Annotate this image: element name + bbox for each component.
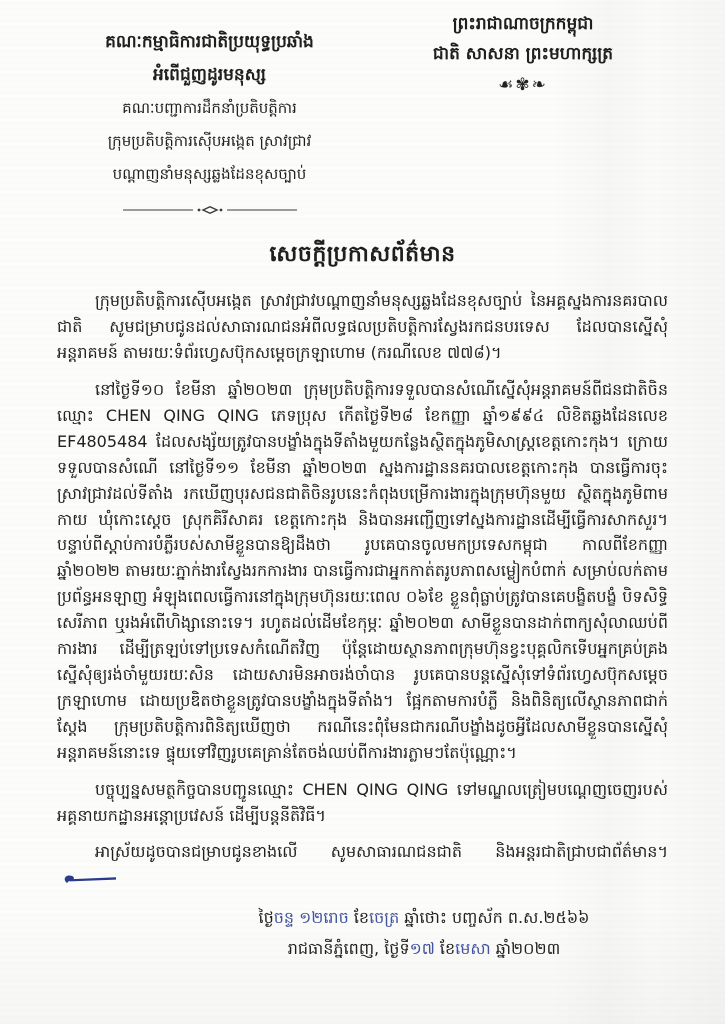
issuing-authority-block: គណៈកម្មាធិការជាតិប្រយុទ្ធប្រឆាំង អំពើជួញ… bbox=[57, 26, 362, 220]
closing-text: អាស្រ័យដូចបានជម្រាបជូនខាងលើ សូមសាធារណជនជ… bbox=[95, 842, 668, 861]
kingdom-motto-block: ព្រះរាជាណាចក្រកម្ពុជា ជាតិ សាសនា ព្រះមហា… bbox=[378, 10, 668, 97]
handwritten-date-text: ចន្ទ ១២រោច bbox=[274, 908, 349, 927]
printed-date-text: ខែ bbox=[435, 939, 455, 958]
printed-date-text: ឆ្នាំថោះ បញ្ចស័ក ព.ស.២៥៦៦ bbox=[399, 908, 589, 927]
paragraph-closing: អាស្រ័យដូចបានជម្រាបជូនខាងលើ សូមសាធារណជនជ… bbox=[57, 839, 668, 891]
handwritten-date-text: មេសា bbox=[455, 939, 491, 958]
letterhead: គណៈកម្មាធិការជាតិប្រយុទ្ធប្រឆាំង អំពើជួញ… bbox=[57, 10, 668, 220]
paragraph-current-status: បច្ចុប្បន្នសមត្ថកិច្ចបានបញ្ជូនឈ្មោះ CHEN… bbox=[57, 777, 668, 829]
gregorian-date-line: រាជធានីភ្នំពេញ, ថ្ងៃទី១៧ ខែមេសា ឆ្នាំ២០២… bbox=[204, 933, 644, 964]
operations-team-line1: ក្រុមប្រតិបត្តិការស៊ើបអង្កេត ស្រាវជ្រាវ bbox=[57, 125, 362, 158]
document-title: សេចក្ដីប្រកាសព័ត៌មាន bbox=[57, 240, 668, 272]
command-unit-line: គណៈបញ្ជាការដឹកនាំប្រតិបត្តិការ bbox=[57, 92, 362, 125]
handwritten-date-text: ១៧ bbox=[410, 939, 435, 958]
header-divider-ornament bbox=[57, 201, 362, 220]
lunar-date-line: ថ្ងៃចន្ទ ១២រោច ខែចេត្រ ឆ្នាំថោះ បញ្ចស័ក … bbox=[204, 902, 644, 933]
motto-line: ជាតិ សាសនា ព្រះមហាក្សត្រ bbox=[378, 40, 668, 70]
document-body: ក្រុមប្រតិបត្តិការស៊ើបអង្កេត ស្រាវជ្រាវប… bbox=[57, 288, 668, 891]
printed-date-text: រាជធានីភ្នំពេញ, ថ្ងៃទី bbox=[288, 939, 410, 958]
printed-date-text: ខែ bbox=[349, 908, 369, 927]
document-page: គណៈកម្មាធិការជាតិប្រយុទ្ធប្រឆាំង អំពើជួញ… bbox=[0, 0, 725, 1024]
printed-date-text: ឆ្នាំ២០២៣ bbox=[491, 939, 561, 958]
printed-date-text: ថ្ងៃ bbox=[258, 908, 273, 927]
dateline-block: ថ្ងៃចន្ទ ១២រោច ខែចេត្រ ឆ្នាំថោះ បញ្ចស័ក … bbox=[204, 902, 644, 964]
paragraph-intro: ក្រុមប្រតិបត្តិការស៊ើបអង្កេត ស្រាវជ្រាវប… bbox=[57, 288, 668, 366]
committee-name-line1: គណៈកម្មាធិការជាតិប្រយុទ្ធប្រឆាំង bbox=[57, 26, 362, 59]
handwritten-date-text: ចេត្រ bbox=[369, 908, 399, 927]
royal-ornament-icon: ☙✾❧ bbox=[378, 74, 668, 98]
committee-name-line2: អំពើជួញដូរមនុស្ស bbox=[57, 59, 362, 92]
pen-mark-icon bbox=[61, 872, 119, 886]
operations-team-line2: បណ្ដាញនាំមនុស្សឆ្លងដែនខុសច្បាប់ bbox=[57, 158, 362, 191]
kingdom-line: ព្រះរាជាណាចក្រកម្ពុជា bbox=[378, 10, 668, 40]
paragraph-case-details: នៅថ្ងៃទី១០ ខែមីនា ឆ្នាំ២០២៣ ក្រុមប្រតិបត… bbox=[57, 377, 668, 766]
